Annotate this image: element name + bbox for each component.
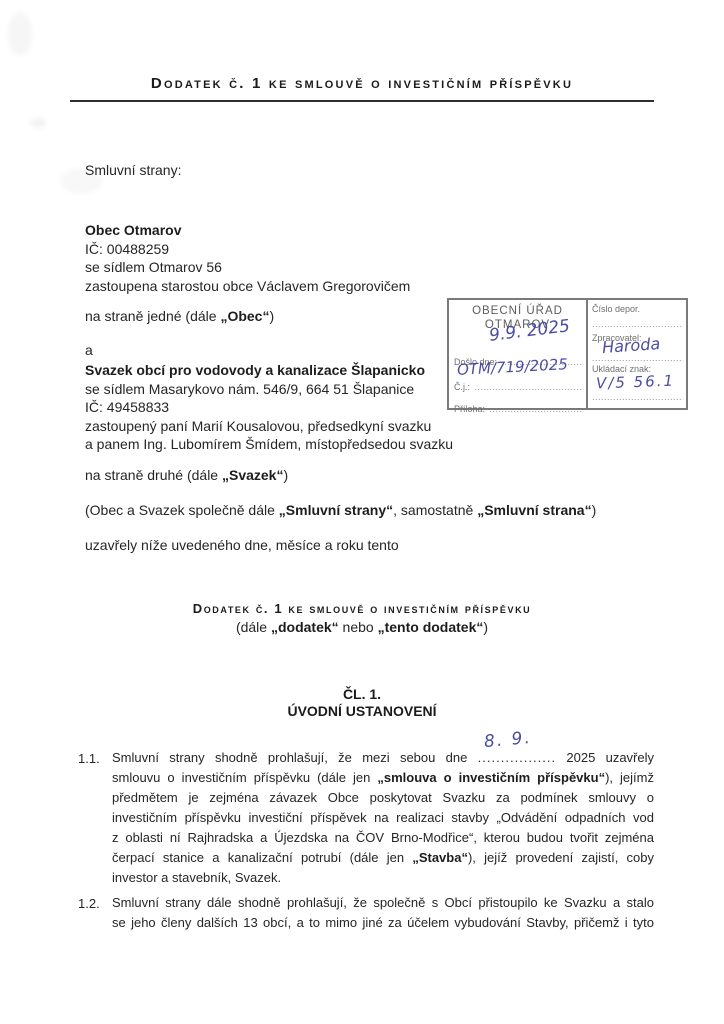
text-segment: Smluvní strany shodně prohlašují, že mez… [112,750,478,765]
amendment-subtitle-parenthetical: (dále „dodatek“ nebo „tento dodatek“) [0,619,724,635]
emphasized-term: „dodatek“ [271,619,339,635]
obec-side-line: na straně jedné (dále „Obec“) [85,307,274,326]
text-segment: z oblasti ní Rajhradska a Újezdska na ČO… [112,830,654,845]
text-segment: 2025 uzavřely [556,750,654,765]
svazek-address: se sídlem Masarykovo nám. 546/9, 664 51 … [85,380,453,399]
stamp-dotted-line: ........................................… [489,404,583,414]
emphasized-term: „Smluvní strana“ [477,502,591,518]
clause-1-2-text: Smluvní strany dále shodně prohlašují, ž… [112,893,654,933]
text-segment: předmětem je zejména závazek Obce poskyt… [112,790,654,805]
text-segment: ), jejíž provedení zajistí, coby [468,850,654,865]
stamp-office-name-line1: OBECNÍ ÚŘAD [449,305,586,317]
title-underline [70,100,654,102]
paragraph-line: Smluvní strany shodně prohlašují, že mez… [112,748,654,768]
article-1-title: ÚVODNÍ USTANOVENÍ [0,703,724,719]
fill-in-date-blank: 8. 9.................. [478,748,556,768]
stamp-dotted-line: ........................................… [592,319,683,329]
stamp-priloha-label: Příloha: [454,404,485,414]
article-1-number: ČL. 1. [0,686,724,702]
text-segment: Smluvní strany dále shodně prohlašují, ž… [112,895,654,910]
stamp-dotted-line: ........................................… [592,392,683,402]
text-segment: investičním příspěvku investiční příspěv… [112,810,654,825]
emphasized-term: „tento dodatek“ [378,619,484,635]
party-svazek-block: Svazek obcí pro vodovody a kanalizace Šl… [85,361,453,454]
obec-representative: zastoupena starostou obce Václavem Grego… [85,277,410,296]
scan-smudge [30,118,46,128]
obec-name: Obec Otmarov [85,221,410,240]
text-segment: investor a stavebník, Svazek. [112,870,281,885]
stamp-cj-label: Č.j.: [454,382,470,392]
stamp-priloha-row: Příloha: ...............................… [454,399,583,417]
obec-ic: IČ: 00488259 [85,240,410,259]
clause-1-2-number: 1.2. [78,894,100,914]
clause-1-2: 1.2. Smluvní strany dále shodně prohlašu… [78,893,654,933]
clause-1-1-text: Smluvní strany shodně prohlašují, že mez… [112,748,654,888]
text-segment: smlouvu o investičním příspěvku (dále je… [112,770,377,785]
stamp-right-section: Číslo depor. ...........................… [588,300,686,408]
paragraph-line: z oblasti ní Rajhradska a Újezdska na ČO… [112,828,654,848]
stamp-dotted-line: ........................................… [474,382,583,392]
paragraph-line: investičním příspěvku investiční příspěv… [112,808,654,828]
svazek-side-line: na straně druhé (dále „Svazek“) [85,466,288,485]
paragraph-line: se jeho členy dalších 13 obcí, a to mimo… [112,913,654,933]
paragraph-line: smlouvu o investičním příspěvku (dále je… [112,768,654,788]
text-segment: na straně druhé (dále [85,467,222,483]
registry-stamp: OBECNÍ ÚŘAD OTMAROV 9.9. 2025 Došlo dne:… [447,298,688,410]
stamp-cislo-depor-label: Číslo depor. [592,304,640,314]
dotted-blank-line: ................. [478,750,556,765]
document-title: Dodatek č. 1 ke smlouvě o investičním př… [0,75,724,92]
emphasized-term: „Stavba“ [412,850,468,865]
stamp-dotted-line: ........................................… [592,353,683,363]
paragraph-line: investor a stavebník, Svazek. [112,868,654,888]
text-segment: ), jejímž [605,770,654,785]
emphasized-term: „Smluvní strany“ [279,502,393,518]
svazek-representative-1: zastoupený paní Marií Kousalovou, předse… [85,417,453,436]
party-obec-block: Obec Otmarov IČ: 00488259 se sídlem Otma… [85,221,410,295]
paragraph-line: Smluvní strany dále shodně prohlašují, ž… [112,893,654,913]
svazek-name: Svazek obcí pro vodovody a kanalizace Šl… [85,361,453,380]
stamp-left-section: OBECNÍ ÚŘAD OTMAROV 9.9. 2025 Došlo dne:… [449,300,588,408]
document-page: Dodatek č. 1 ke smlouvě o investičním př… [0,0,724,1024]
clause-1-1: 1.1. Smluvní strany shodně prohlašují, ž… [78,748,654,888]
svazek-representative-2: a panem Ing. Lubomírem Šmídem, místopřed… [85,435,453,454]
parties-label: Smluvní strany: [85,161,181,180]
emphasized-term: „smlouva o investičním příspěvku“ [377,770,605,785]
text-segment: se jeho členy dalších 13 obcí, a to mimo… [112,915,654,930]
conclusion-line: uzavřely níže uvedeného dne, měsíce a ro… [85,536,399,555]
stamp-ukladaci-znak-handwritten: V/5 56.1 [596,372,676,393]
scan-smudge [8,12,32,56]
text-segment: ) [269,308,274,324]
clause-1-1-number: 1.1. [78,749,100,769]
svazek-ic: IČ: 49458833 [85,398,453,417]
text-segment: ) [283,467,288,483]
text-segment: na straně jedné (dále [85,308,220,324]
emphasized-term: „Obec“ [220,308,269,324]
text-segment: ) [592,502,597,518]
text-segment: (dále [236,619,271,635]
connector-a: a [85,341,93,360]
text-segment: čerpací stanice a kanalizační potrubí (d… [112,850,412,865]
stamp-cj-row: Č.j.: ..................................… [454,377,583,395]
text-segment: nebo [339,619,378,635]
emphasized-term: „Svazek“ [222,467,283,483]
text-segment: ) [483,619,488,635]
paragraph-line: čerpací stanice a kanalizační potrubí (d… [112,848,654,868]
paragraph-line: předmětem je zejména závazek Obce poskyt… [112,788,654,808]
obec-address: se sídlem Otmarov 56 [85,258,410,277]
handwritten-date: 8. 9. [483,728,532,752]
text-segment: , samostatně [393,502,477,518]
amendment-subtitle: Dodatek č. 1 ke smlouvě o investičním př… [0,601,724,616]
joint-designation-line: (Obec a Svazek společně dále „Smluvní st… [85,501,596,520]
text-segment: (Obec a Svazek společně dále [85,502,279,518]
